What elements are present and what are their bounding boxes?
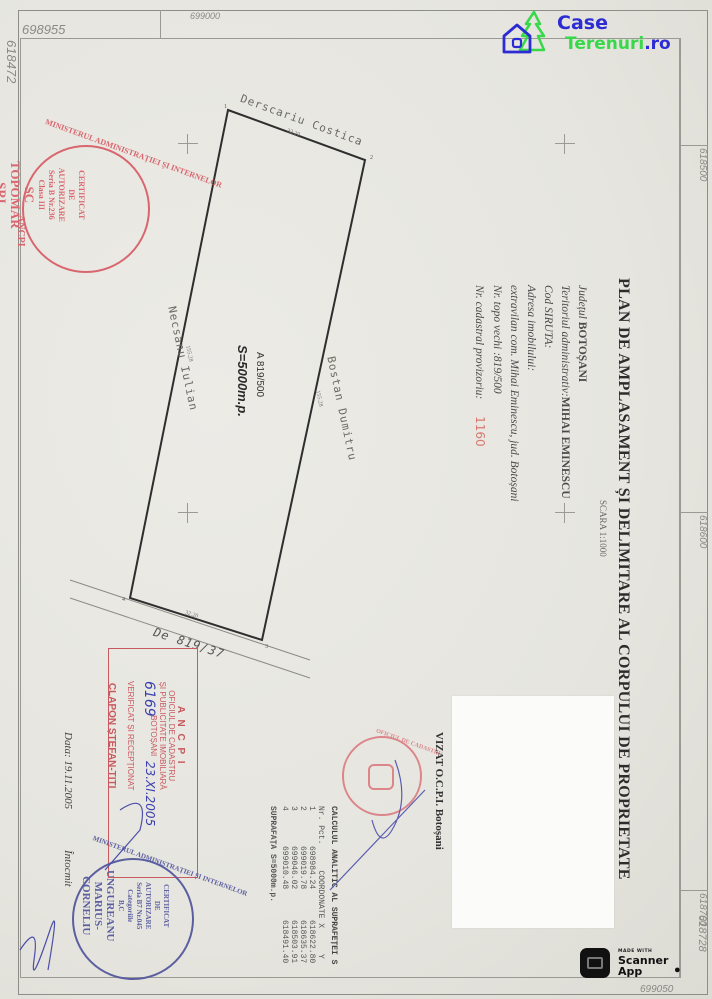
logo-text-terenuri: Terenuri.ro [565,34,671,54]
redaction-patch [452,696,614,928]
case-terenuri-logo[interactable]: Case Terenuri.ro [500,8,690,60]
document-page: 698955 699000 618472 618500 618600 61870… [0,0,712,999]
scanner-app-icon [580,948,610,978]
scanner-app-watermark: MADE WITH ScannerApp ● [578,944,690,986]
logo-text-case: Case [557,12,608,34]
apple-icon: ● [674,964,681,976]
house-tree-icon [500,8,556,60]
